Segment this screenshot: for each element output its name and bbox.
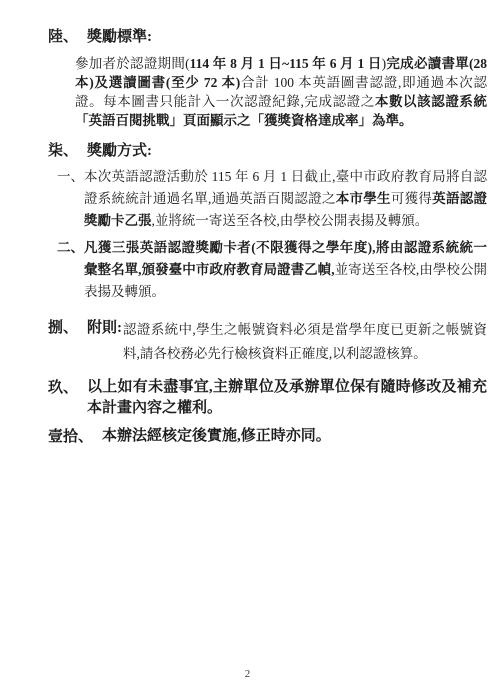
- list-item-text: 凡獲三張英語認證獎勵卡者(不限獲得之學年度),將由認證系統統一彙整名單,頒發臺中…: [84, 237, 487, 303]
- section-number-label: 玖、: [48, 377, 78, 399]
- section-content: 本辦法經核定後實施,修正時亦同。: [102, 426, 487, 447]
- section-paragraph: 參加者於認證期間(114 年 8 月 1 日~115 年 6 月 1 日)完成必…: [75, 54, 487, 130]
- section-title: 獎勵方式:: [87, 143, 152, 159]
- list-item-number: 一、: [57, 166, 84, 232]
- section-text: 本辦法經核定後實施,修正時亦同。: [102, 426, 487, 447]
- section-number-label: 陸、: [48, 29, 78, 45]
- section-nine: 玖、以上如有未盡事宜,主辦單位及承辦單位保有隨時修改及補充本計畫內容之權利。: [48, 377, 487, 419]
- section-heading: 柒、獎勵方式:: [48, 141, 487, 161]
- section-text: 以上如有未盡事宜,主辦單位及承辦單位保有隨時修改及補充本計畫內容之權利。: [87, 377, 487, 419]
- list-item: 二、凡獲三張英語認證獎勵卡者(不限獲得之學年度),將由認證系統統一彙整名單,頒發…: [48, 237, 487, 303]
- numbered-list: 一、本次英語認證活動於 115 年 6 月 1 日截止,臺中市政府教育局將自認證…: [48, 166, 487, 303]
- text-run: 114 年 8 月 1 日~115 年 6 月 1 日: [190, 56, 382, 71]
- document-page: 陸、獎勵標準:參加者於認證期間(114 年 8 月 1 日~115 年 6 月 …: [0, 0, 495, 700]
- document-body: 陸、獎勵標準:參加者於認證期間(114 年 8 月 1 日~115 年 6 月 …: [48, 27, 487, 448]
- section-content: 附則:認證系統中,學生之帳號資料必須是當學年度已更新之帳號資料,請各校務必先行檢…: [87, 317, 487, 366]
- section-title: 附則:: [87, 317, 122, 339]
- section-ten: 壹拾、本辦法經核定後實施,修正時亦同。: [48, 426, 487, 448]
- section-six: 陸、獎勵標準:參加者於認證期間(114 年 8 月 1 日~115 年 6 月 …: [48, 27, 487, 130]
- page-number: 2: [0, 668, 495, 680]
- text-run: 本辦法經核定後實施,修正時亦同。: [102, 428, 331, 444]
- text-run: 參加者於認證期間(: [75, 56, 190, 71]
- section-seven: 柒、獎勵方式:一、本次英語認證活動於 115 年 6 月 1 日截止,臺中市政府…: [48, 141, 487, 303]
- section-text: 認證系統中,學生之帳號資料必須是當學年度已更新之帳號資料,請各校務必先行檢核資料…: [123, 317, 487, 366]
- section-content: 以上如有未盡事宜,主辦單位及承辦單位保有隨時修改及補充本計畫內容之權利。: [87, 377, 487, 419]
- section-number-label: 壹拾、: [48, 426, 93, 448]
- section-number-label: 柒、: [48, 143, 78, 159]
- section-eight: 捌、附則:認證系統中,學生之帳號資料必須是當學年度已更新之帳號資料,請各校務必先…: [48, 317, 487, 366]
- text-run: 以上如有未盡事宜,主辦單位及承辦單位保有隨時修改及補充本計畫內容之權利。: [87, 379, 487, 416]
- text-run: 可獲得: [391, 191, 432, 206]
- section-heading: 陸、獎勵標準:: [48, 27, 487, 47]
- section-number-label: 捌、: [48, 317, 78, 339]
- text-run: 認證系統中,學生之帳號資料必須是當學年度已更新之帳號資料,請各校務必先行檢核資料…: [123, 322, 487, 361]
- list-item: 一、本次英語認證活動於 115 年 6 月 1 日截止,臺中市政府教育局將自認證…: [48, 166, 487, 232]
- text-run: ,並將統一寄送至各校,由學校公開表揚及轉頒。: [152, 213, 429, 228]
- list-item-number: 二、: [57, 237, 84, 303]
- list-item-text: 本次英語認證活動於 115 年 6 月 1 日截止,臺中市政府教育局將自認證系統…: [84, 166, 487, 232]
- text-run: 本市學生: [336, 191, 391, 206]
- section-title: 獎勵標準:: [87, 29, 152, 45]
